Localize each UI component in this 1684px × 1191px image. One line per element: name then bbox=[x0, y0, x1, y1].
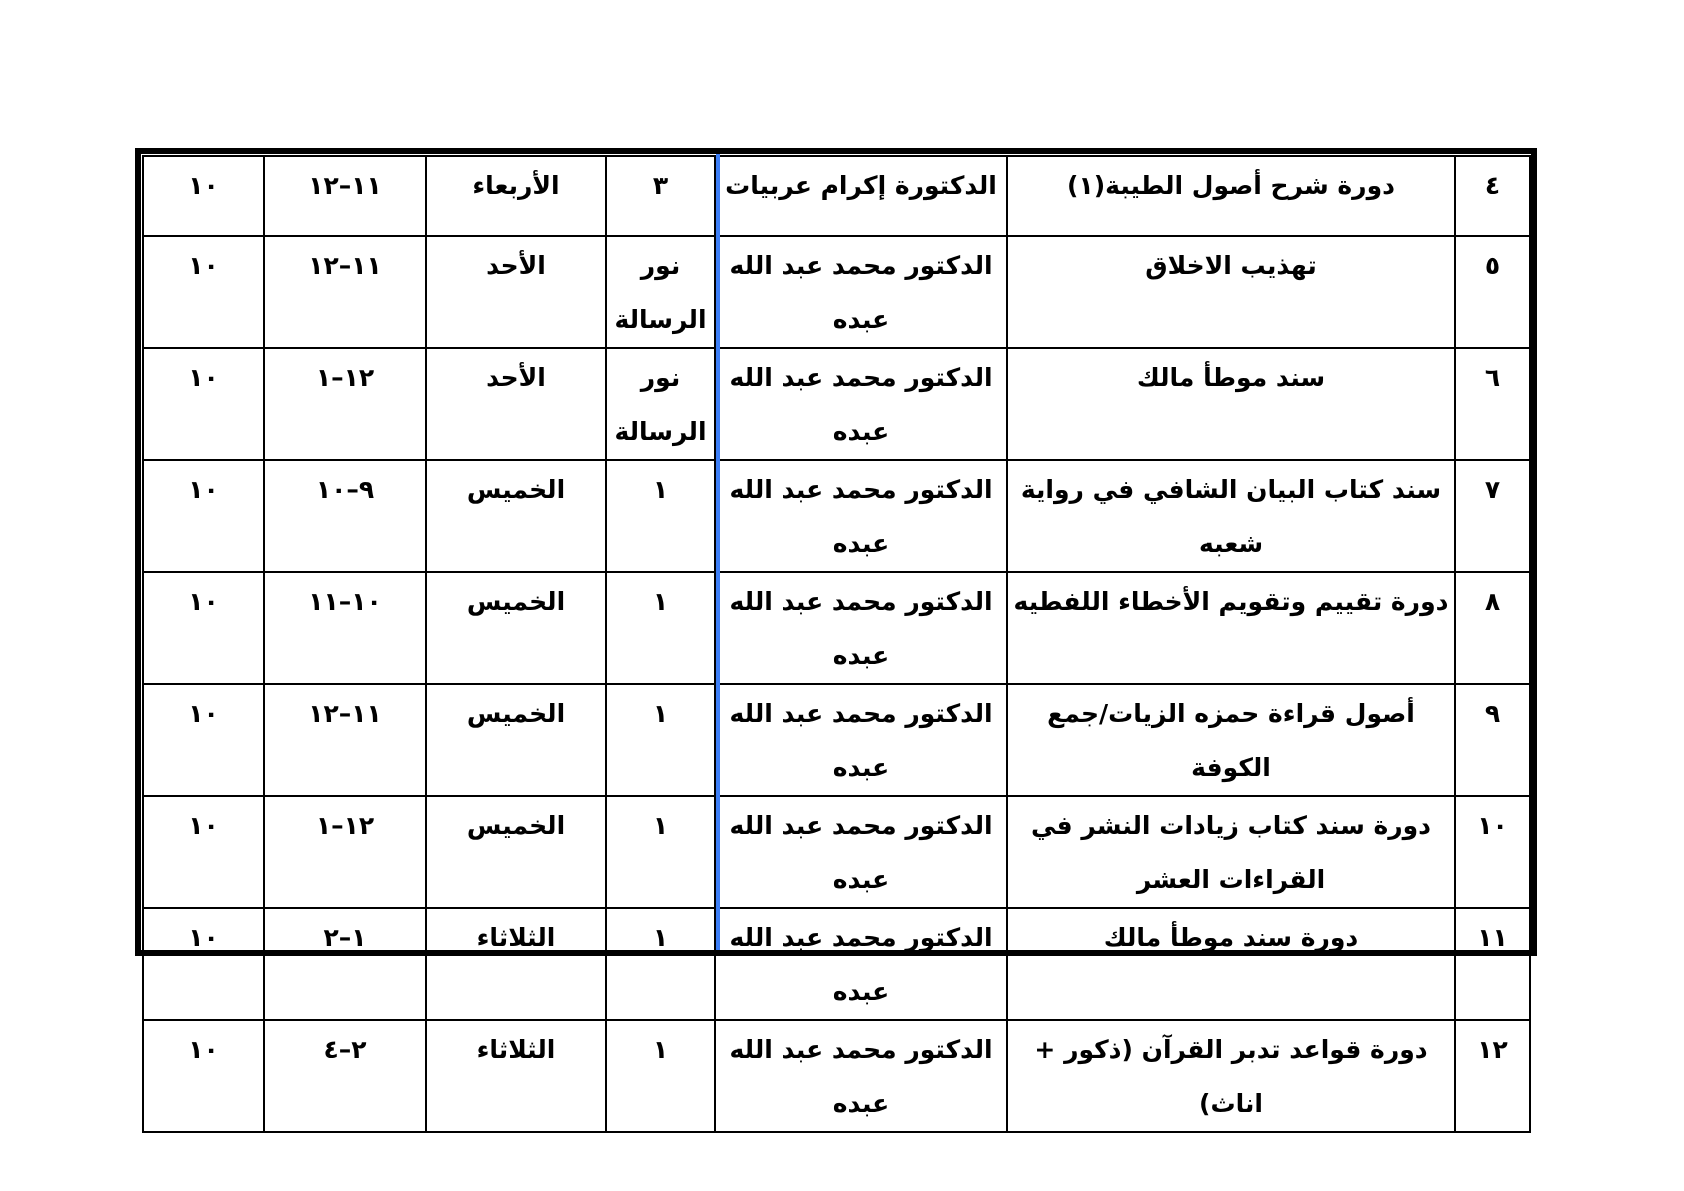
students-count-cell: ١٠ bbox=[143, 236, 264, 348]
table-row: ٤ دورة شرح أصول الطيبة(١) الدكتورة إكرام… bbox=[143, 156, 1530, 236]
instructor-cell: الدكتور محمد عبد الله عبده bbox=[715, 460, 1007, 572]
time-cell: ١١–١٢ bbox=[264, 156, 426, 236]
table-row: ١٢ دورة قواعد تدبر القرآن (ذكور + اناث) … bbox=[143, 1020, 1530, 1132]
row-number-cell: ٥ bbox=[1455, 236, 1530, 348]
time-cell: ٩–١٠ bbox=[264, 460, 426, 572]
day-cell: الخميس bbox=[426, 460, 606, 572]
instructor-cell: الدكتور محمد عبد الله عبده bbox=[715, 236, 1007, 348]
row-number-cell: ٤ bbox=[1455, 156, 1530, 236]
students-count-cell: ١٠ bbox=[143, 796, 264, 908]
schedule-table: ٤ دورة شرح أصول الطيبة(١) الدكتورة إكرام… bbox=[142, 155, 1531, 1133]
document-page: ٤ دورة شرح أصول الطيبة(١) الدكتورة إكرام… bbox=[0, 0, 1684, 1191]
day-cell: الخميس bbox=[426, 796, 606, 908]
day-cell: الأحد bbox=[426, 236, 606, 348]
row-number-cell: ١٢ bbox=[1455, 1020, 1530, 1132]
students-count-cell: ١٠ bbox=[143, 156, 264, 236]
day-cell: الأربعاء bbox=[426, 156, 606, 236]
table-row: ٦ سند موطأ مالك الدكتور محمد عبد الله عب… bbox=[143, 348, 1530, 460]
location-cell: ١ bbox=[606, 684, 715, 796]
row-number-cell: ٩ bbox=[1455, 684, 1530, 796]
day-cell: الثلاثاء bbox=[426, 1020, 606, 1132]
instructor-cell: الدكتورة إكرام عربيات bbox=[715, 156, 1007, 236]
location-cell: ١ bbox=[606, 1020, 715, 1132]
course-cell: دورة شرح أصول الطيبة(١) bbox=[1007, 156, 1455, 236]
location-cell: ١ bbox=[606, 908, 715, 1020]
table-row: ١١ دورة سند موطأ مالك الدكتور محمد عبد ا… bbox=[143, 908, 1530, 1020]
row-number-cell: ١١ bbox=[1455, 908, 1530, 1020]
course-cell: دورة سند موطأ مالك bbox=[1007, 908, 1455, 1020]
day-cell: الخميس bbox=[426, 684, 606, 796]
table-row: ٩ أصول قراءة حمزه الزيات/جمع الكوفة الدك… bbox=[143, 684, 1530, 796]
course-cell: أصول قراءة حمزه الزيات/جمع الكوفة bbox=[1007, 684, 1455, 796]
row-number-cell: ٨ bbox=[1455, 572, 1530, 684]
instructor-cell: الدكتور محمد عبد الله عبده bbox=[715, 684, 1007, 796]
time-cell: ١–٢ bbox=[264, 908, 426, 1020]
course-cell: دورة تقييم وتقويم الأخطاء اللفطيه bbox=[1007, 572, 1455, 684]
day-cell: الثلاثاء bbox=[426, 908, 606, 1020]
course-cell: سند موطأ مالك bbox=[1007, 348, 1455, 460]
day-cell: الخميس bbox=[426, 572, 606, 684]
instructor-cell: الدكتور محمد عبد الله عبده bbox=[715, 1020, 1007, 1132]
blue-accent-line bbox=[716, 154, 720, 950]
table-row: ٥ تهذيب الاخلاق الدكتور محمد عبد الله عب… bbox=[143, 236, 1530, 348]
course-cell: دورة سند كتاب زيادات النشر في القراءات ا… bbox=[1007, 796, 1455, 908]
location-cell: ١ bbox=[606, 796, 715, 908]
time-cell: ١٢–١ bbox=[264, 348, 426, 460]
location-cell: نور الرسالة bbox=[606, 348, 715, 460]
row-number-cell: ٦ bbox=[1455, 348, 1530, 460]
students-count-cell: ١٠ bbox=[143, 348, 264, 460]
time-cell: ٢–٤ bbox=[264, 1020, 426, 1132]
course-cell: دورة قواعد تدبر القرآن (ذكور + اناث) bbox=[1007, 1020, 1455, 1132]
students-count-cell: ١٠ bbox=[143, 460, 264, 572]
table-row: ٨ دورة تقييم وتقويم الأخطاء اللفطيه الدك… bbox=[143, 572, 1530, 684]
schedule-table-frame: ٤ دورة شرح أصول الطيبة(١) الدكتورة إكرام… bbox=[135, 148, 1537, 956]
table-row: ١٠ دورة سند كتاب زيادات النشر في القراءا… bbox=[143, 796, 1530, 908]
instructor-cell: الدكتور محمد عبد الله عبده bbox=[715, 908, 1007, 1020]
instructor-cell: الدكتور محمد عبد الله عبده bbox=[715, 572, 1007, 684]
students-count-cell: ١٠ bbox=[143, 1020, 264, 1132]
students-count-cell: ١٠ bbox=[143, 908, 264, 1020]
day-cell: الأحد bbox=[426, 348, 606, 460]
instructor-cell: الدكتور محمد عبد الله عبده bbox=[715, 796, 1007, 908]
location-cell: ١ bbox=[606, 460, 715, 572]
course-cell: تهذيب الاخلاق bbox=[1007, 236, 1455, 348]
time-cell: ١٢–١ bbox=[264, 796, 426, 908]
location-cell: ٣ bbox=[606, 156, 715, 236]
row-number-cell: ٧ bbox=[1455, 460, 1530, 572]
location-cell: نور الرسالة bbox=[606, 236, 715, 348]
instructor-cell: الدكتور محمد عبد الله عبده bbox=[715, 348, 1007, 460]
location-cell: ١ bbox=[606, 572, 715, 684]
time-cell: ١١–١٢ bbox=[264, 684, 426, 796]
time-cell: ١٠–١١ bbox=[264, 572, 426, 684]
course-cell: سند كتاب البيان الشافي في رواية شعبه bbox=[1007, 460, 1455, 572]
students-count-cell: ١٠ bbox=[143, 572, 264, 684]
students-count-cell: ١٠ bbox=[143, 684, 264, 796]
time-cell: ١١–١٢ bbox=[264, 236, 426, 348]
table-row: ٧ سند كتاب البيان الشافي في رواية شعبه ا… bbox=[143, 460, 1530, 572]
row-number-cell: ١٠ bbox=[1455, 796, 1530, 908]
